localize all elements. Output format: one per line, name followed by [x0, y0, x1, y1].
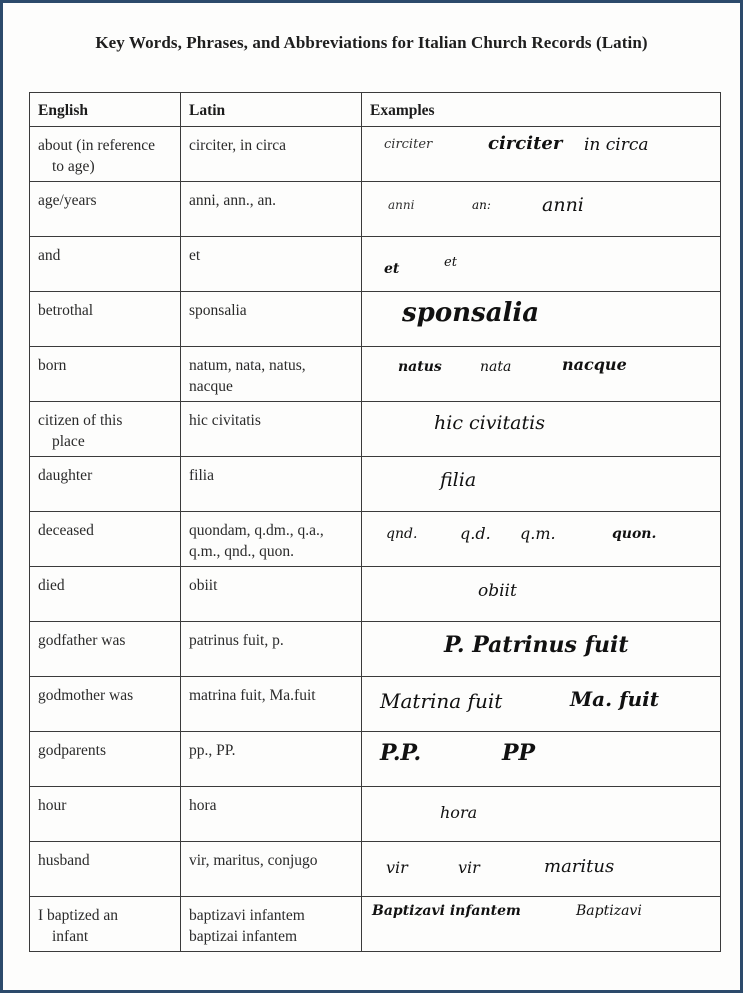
handwritten-example: PP [502, 740, 535, 766]
handwritten-example: Ma. fuit [570, 687, 659, 711]
table-row: godfather waspatrinus fuit, p.P. Patrinu… [30, 622, 721, 677]
cell-examples: P. Patrinus fuit [362, 622, 721, 677]
handwritten-example: in circa [584, 135, 649, 155]
latin-term-continued: nacque [189, 378, 233, 395]
english-term: deceased [38, 522, 94, 539]
english-term-continued: infant [38, 926, 172, 947]
table-row: godmother wasmatrina fuit, Ma.fuitMatrin… [30, 677, 721, 732]
english-term: and [38, 247, 60, 264]
cell-examples: obiit [362, 567, 721, 622]
cell-examples: etet [362, 237, 721, 292]
handwritten-example: P.P. [380, 740, 421, 766]
table-row: bornnatum, nata, natus,nacquenatusnatana… [30, 347, 721, 402]
cell-examples: hora [362, 787, 721, 842]
cell-latin: vir, maritus, conjugo [181, 842, 362, 897]
cell-english: godparents [30, 732, 181, 787]
cell-latin: patrinus fuit, p. [181, 622, 362, 677]
handwritten-example: an: [472, 198, 491, 212]
english-term: godfather was [38, 632, 125, 649]
cell-english: about (in referenceto age) [30, 127, 181, 182]
glossary-table: English Latin Examples about (in referen… [29, 92, 721, 952]
table-row: andetetet [30, 237, 721, 292]
cell-english: godmother was [30, 677, 181, 732]
cell-examples: qnd.q.d.q.m.quon. [362, 512, 721, 567]
table-row: hourhorahora [30, 787, 721, 842]
cell-latin: baptizavi infantembaptizai infantem [181, 897, 362, 952]
latin-term: et [189, 247, 200, 264]
latin-term-continued: baptizai infantem [189, 928, 297, 945]
column-header-examples: Examples [362, 93, 721, 127]
table-row: godparentspp., PP.P.P.PP [30, 732, 721, 787]
latin-term: circiter, in circa [189, 137, 286, 154]
cell-english: and [30, 237, 181, 292]
table-row: citizen of thisplacehic civitatishic civ… [30, 402, 721, 457]
english-term: godmother was [38, 687, 133, 704]
latin-term: sponsalia [189, 302, 247, 319]
table-row: I baptized aninfantbaptizavi infantembap… [30, 897, 721, 952]
table-row: daughterfiliafilia [30, 457, 721, 512]
cell-examples: Baptizavi infantemBaptizavi [362, 897, 721, 952]
cell-latin: et [181, 237, 362, 292]
cell-latin: matrina fuit, Ma.fuit [181, 677, 362, 732]
cell-examples: P.P.PP [362, 732, 721, 787]
cell-latin: sponsalia [181, 292, 362, 347]
cell-examples: annian:anni [362, 182, 721, 237]
table-header-row: English Latin Examples [30, 93, 721, 127]
cell-latin: anni, ann., an. [181, 182, 362, 237]
handwritten-example: obiit [478, 581, 517, 601]
handwritten-example: vir [458, 858, 480, 877]
english-term: betrothal [38, 302, 93, 319]
handwritten-example: et [444, 255, 457, 270]
cell-latin: pp., PP. [181, 732, 362, 787]
english-term: born [38, 357, 66, 374]
cell-examples: filia [362, 457, 721, 512]
handwritten-example: P. Patrinus fuit [444, 632, 629, 658]
cell-english: husband [30, 842, 181, 897]
handwritten-example: qnd. [386, 526, 417, 542]
latin-term: pp., PP. [189, 742, 236, 759]
handwritten-example: maritus [544, 856, 614, 877]
handwritten-example: circiter [384, 137, 432, 152]
handwritten-example: circiter [488, 133, 562, 154]
english-term-continued: place [38, 431, 172, 452]
cell-latin: hora [181, 787, 362, 842]
english-term: died [38, 577, 65, 594]
cell-english: I baptized aninfant [30, 897, 181, 952]
table-row: deceasedquondam, q.dm., q.a.,q.m., qnd.,… [30, 512, 721, 567]
latin-term: hora [189, 797, 217, 814]
handwritten-example: et [384, 261, 399, 277]
table-row: diedobiitobiit [30, 567, 721, 622]
latin-term: quondam, q.dm., q.a., [189, 522, 324, 539]
handwritten-example: vir [386, 858, 408, 877]
latin-term: natum, nata, natus, [189, 357, 306, 374]
cell-english: citizen of thisplace [30, 402, 181, 457]
page-title: Key Words, Phrases, and Abbreviations fo… [3, 33, 740, 53]
english-term: hour [38, 797, 66, 814]
cell-latin: filia [181, 457, 362, 512]
handwritten-example: anni [388, 198, 414, 212]
column-header-latin: Latin [181, 93, 362, 127]
handwritten-example: q.m. [520, 524, 556, 543]
english-term: godparents [38, 742, 106, 759]
handwritten-example: anni [542, 194, 584, 216]
cell-examples: hic civitatis [362, 402, 721, 457]
page-frame: Key Words, Phrases, and Abbreviations fo… [0, 0, 743, 993]
cell-latin: quondam, q.dm., q.a.,q.m., qnd., quon. [181, 512, 362, 567]
handwritten-example: q.d. [460, 524, 491, 543]
english-term: about (in reference [38, 137, 155, 154]
cell-latin: hic civitatis [181, 402, 362, 457]
handwritten-example: Baptizavi infantem [372, 903, 521, 919]
table-row: betrothalsponsaliasponsalia [30, 292, 721, 347]
english-term: I baptized an [38, 907, 118, 924]
cell-latin: natum, nata, natus,nacque [181, 347, 362, 402]
english-term: daughter [38, 467, 92, 484]
cell-english: betrothal [30, 292, 181, 347]
table-row: age/yearsanni, ann., an.annian:anni [30, 182, 721, 237]
cell-latin: obiit [181, 567, 362, 622]
cell-latin: circiter, in circa [181, 127, 362, 182]
handwritten-example: natus [398, 359, 442, 375]
cell-english: born [30, 347, 181, 402]
cell-examples: virvirmaritus [362, 842, 721, 897]
cell-english: died [30, 567, 181, 622]
english-term: husband [38, 852, 90, 869]
handwritten-example: sponsalia [402, 298, 539, 328]
latin-term-continued: q.m., qnd., quon. [189, 543, 294, 560]
handwritten-example: nata [480, 359, 511, 375]
latin-term: hic civitatis [189, 412, 261, 429]
handwritten-example: hora [440, 803, 477, 822]
table-row: husbandvir, maritus, conjugovirvirmaritu… [30, 842, 721, 897]
handwritten-example: quon. [612, 526, 656, 542]
cell-english: daughter [30, 457, 181, 512]
cell-examples: natusnatanacque [362, 347, 721, 402]
column-header-english: English [30, 93, 181, 127]
latin-term: baptizavi infantem [189, 907, 305, 924]
handwritten-example: filia [440, 469, 476, 491]
english-term: age/years [38, 192, 97, 209]
table-row: about (in referenceto age)circiter, in c… [30, 127, 721, 182]
cell-examples: circitercirciterin circa [362, 127, 721, 182]
handwritten-example: Baptizavi [576, 903, 642, 919]
latin-term: filia [189, 467, 214, 484]
handwritten-example: Matrina fuit [380, 689, 502, 713]
cell-english: hour [30, 787, 181, 842]
english-term-continued: to age) [38, 156, 172, 177]
cell-english: deceased [30, 512, 181, 567]
latin-term: anni, ann., an. [189, 192, 276, 209]
latin-term: patrinus fuit, p. [189, 632, 284, 649]
handwritten-example: hic civitatis [434, 412, 545, 434]
latin-term: obiit [189, 577, 217, 594]
handwritten-example: nacque [562, 355, 627, 374]
latin-term: matrina fuit, Ma.fuit [189, 687, 316, 704]
english-term: citizen of this [38, 412, 122, 429]
cell-english: age/years [30, 182, 181, 237]
latin-term: vir, maritus, conjugo [189, 852, 318, 869]
cell-examples: Matrina fuitMa. fuit [362, 677, 721, 732]
cell-examples: sponsalia [362, 292, 721, 347]
cell-english: godfather was [30, 622, 181, 677]
